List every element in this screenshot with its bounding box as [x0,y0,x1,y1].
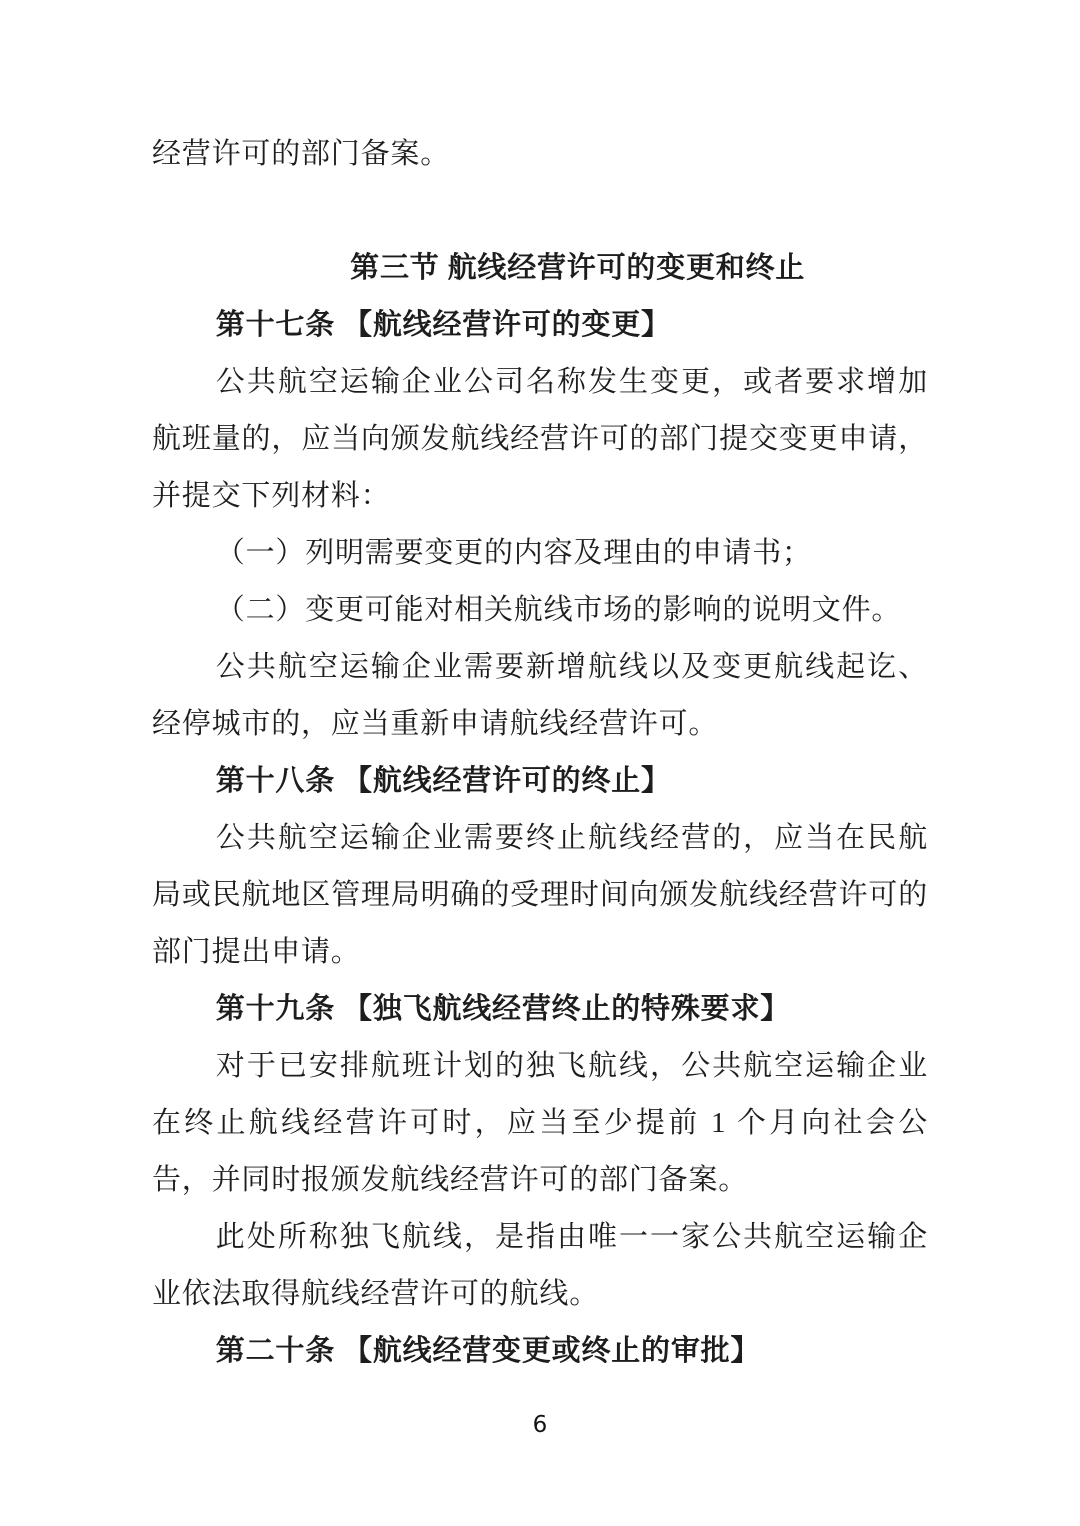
article-17-list-item-2: （二）变更可能对相关航线市场的影响的说明文件。 [152,582,928,639]
article-17-paragraph: 公共航空运输企业公司名称发生变更，或者要求增加航班量的，应当向颁发航线经营许可的… [152,354,928,525]
article-18-paragraph: 公共航空运输企业需要终止航线经营的，应当在民航局或民航地区管理局明确的受理时间向… [152,810,928,981]
article-19-paragraph-2: 此处所称独飞航线，是指由唯一一家公共航空运输企业依法取得航线经营许可的航线。 [152,1209,928,1323]
continuation-paragraph: 经营许可的部门备案。 [152,126,928,183]
section-heading: 第三节 航线经营许可的变更和终止 [152,240,928,297]
article-17-title: 第十七条 【航线经营许可的变更】 [152,297,928,354]
page-footer: 6 [152,1410,928,1440]
article-20-title: 第二十条 【航线经营变更或终止的审批】 [152,1323,928,1380]
article-18-title: 第十八条 【航线经营许可的终止】 [152,753,928,810]
page-number: 6 [533,1412,548,1438]
article-17-paragraph-2: 公共航空运输企业需要新增航线以及变更航线起讫、经停城市的，应当重新申请航线经营许… [152,639,928,753]
article-19-paragraph-1: 对于已安排航班计划的独飞航线，公共航空运输企业在终止航线经营许可时，应当至少提前… [152,1038,928,1209]
document-page: 经营许可的部门备案。 第三节 航线经营许可的变更和终止 第十七条 【航线经营许可… [0,0,1080,1526]
article-19-title: 第十九条 【独飞航线经营终止的特殊要求】 [152,981,928,1038]
article-17-list-item-1: （一）列明需要变更的内容及理由的申请书； [152,525,928,582]
